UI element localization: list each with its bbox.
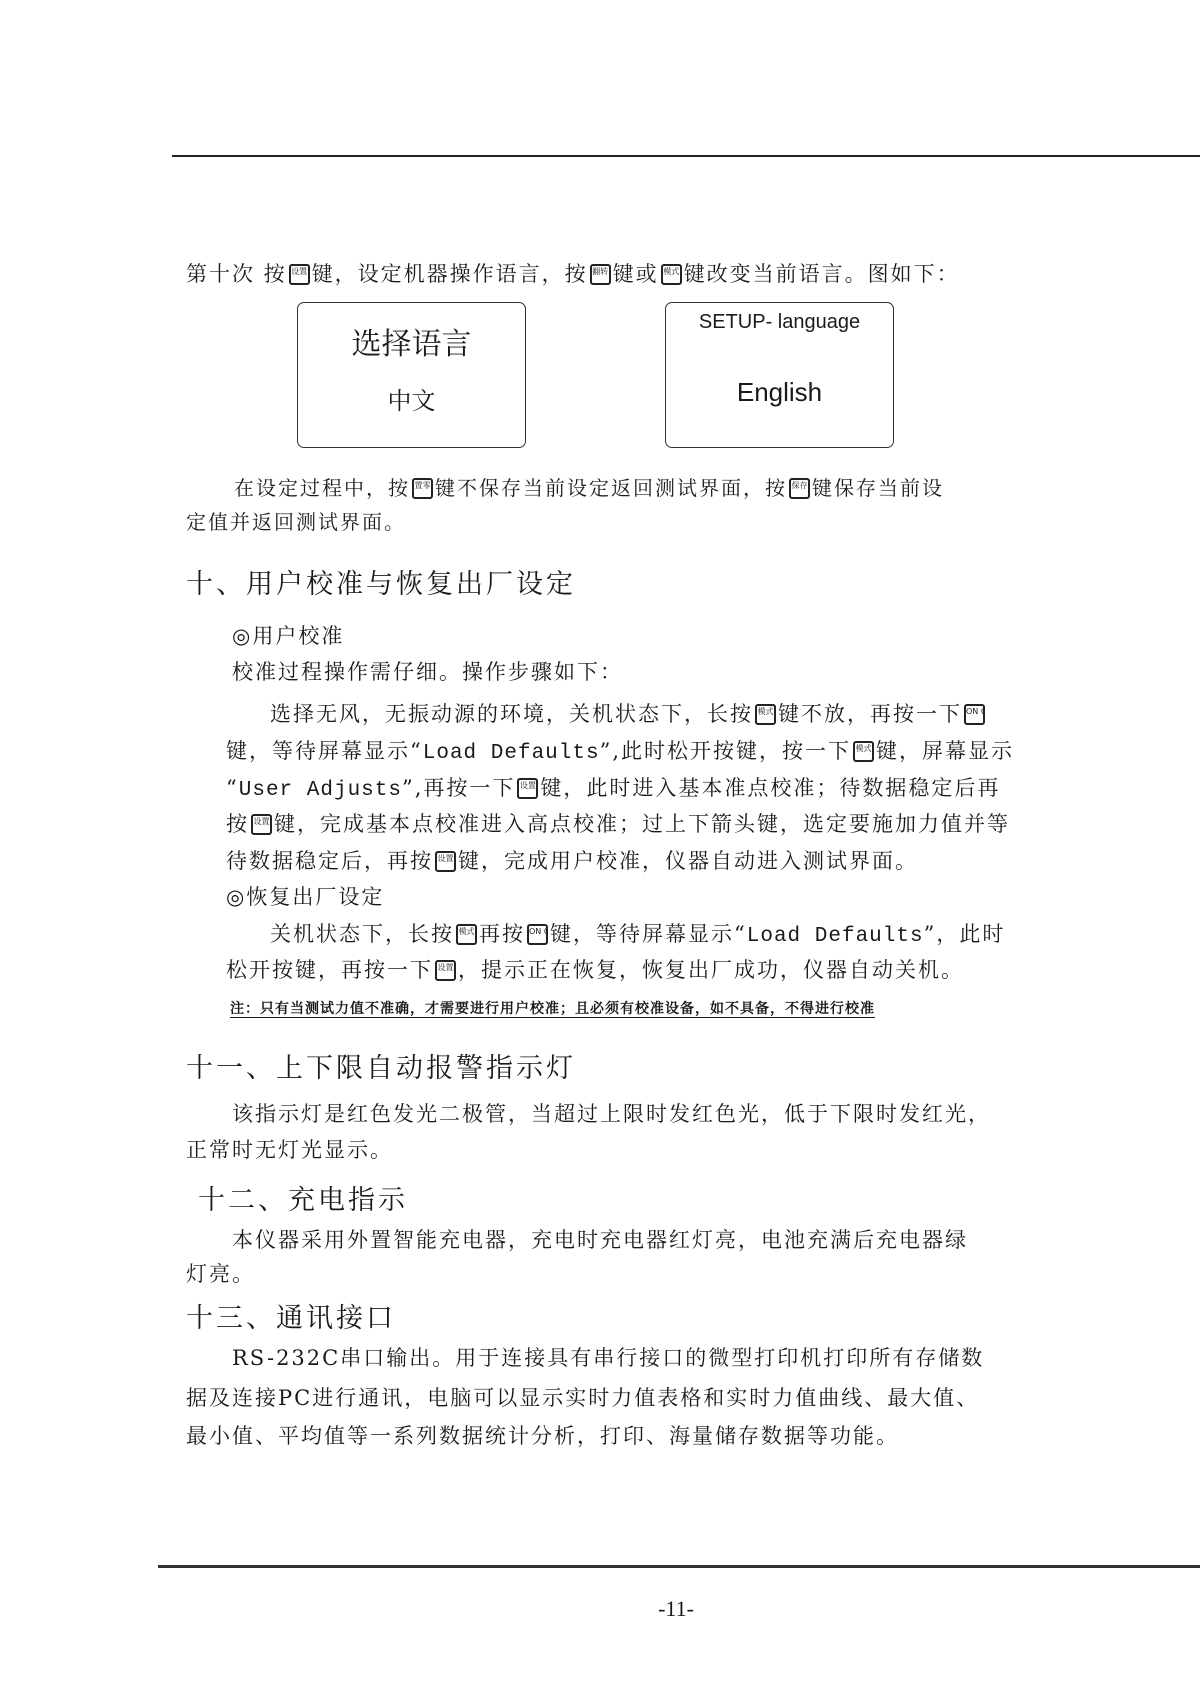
page-number: -11-	[0, 1596, 1200, 1622]
step-text: ”，此时	[924, 922, 1006, 946]
set-key-icon: 设置	[435, 851, 456, 872]
section-13-text-2: 据及连接PC进行通讯，电脑可以显示实时力值表格和实时力值曲线、最大值、	[186, 1382, 979, 1412]
screen-title: SETUP- language	[666, 311, 893, 334]
set-key-icon: 设置	[251, 814, 272, 835]
mode-key-icon: 模式	[755, 704, 776, 725]
calibration-warning-note: 注：只有当测试力值不准确，才需要进行用户校准；且必须有校准设备，如不具备，不得进…	[230, 998, 875, 1018]
step-text: ”,再按一下	[402, 776, 515, 800]
step-text: 键，等待屏幕显示“	[550, 922, 747, 946]
setting-note-line1: 在设定过程中，按置零键不保存当前设定返回测试界面，按保存键保存当前设	[234, 472, 944, 501]
section-13-text-1: RS-232C串口输出。用于连接具有串行接口的微型打印机打印所有存储数	[232, 1342, 984, 1372]
section-13-text-3: 最小值、平均值等一系列数据统计分析，打印、海量储存数据等功能。	[186, 1420, 899, 1450]
step-text: 键，完成用户校准，仪器自动进入测试界面。	[458, 849, 918, 873]
step-text: 按	[226, 812, 249, 836]
user-cal-step-1: 选择无风，无振动源的环境，关机状态下，长按模式键不放，再按一下ON OFF	[270, 698, 987, 728]
section-11-heading: 十一、上下限自动报警指示灯	[186, 1046, 576, 1085]
intro-text: 第十次 按	[186, 262, 287, 286]
screen-message: Load Defaults	[747, 925, 924, 948]
note-text: 键保存当前设	[812, 476, 944, 500]
screen-message: User Adjusts	[239, 779, 402, 802]
mode-key-icon: 模式	[456, 924, 477, 945]
step-text: 键，屏幕显示	[876, 739, 1014, 763]
factory-reset-step-1: 关机状态下，长按模式再按ON OFF键，等待屏幕显示“Load Defaults…	[270, 918, 1005, 948]
screen-message: Load Defaults	[423, 742, 600, 765]
section-11-text-1: 该指示灯是红色发光二极管，当超过上限时发红色光，低于下限时发红光，	[232, 1098, 991, 1128]
setting-note-line2: 定值并返回测试界面。	[186, 506, 406, 535]
factory-reset-label: ◎恢复出厂设定	[226, 881, 384, 911]
flip-key-icon: 翻转	[590, 264, 611, 285]
set-key-icon: 设置	[289, 264, 310, 285]
screen-value: 中文	[298, 381, 525, 416]
step-text: 键，等待屏幕显示“	[226, 739, 423, 763]
step-text: 关机状态下，长按	[270, 922, 454, 946]
section-10-heading: 十、用户校准与恢复出厂设定	[186, 562, 576, 601]
section-12-text-1: 本仪器采用外置智能充电器，充电时充电器红灯亮，电池充满后充电器绿	[232, 1224, 968, 1254]
step-text: 键，此时进入基本准点校准；待数据稳定后再	[540, 776, 1000, 800]
intro-line: 第十次 按设置键，设定机器操作语言，按翻转键或模式键改变当前语言。图如下：	[186, 258, 960, 288]
user-cal-intro: 校准过程操作需仔细。操作步骤如下：	[232, 656, 623, 686]
factory-reset-step-2: 松开按键，再按一下设置，提示正在恢复，恢复出厂成功，仪器自动关机。	[226, 954, 964, 984]
set-key-icon: 设置	[435, 960, 456, 981]
note-text: 在设定过程中，按	[234, 476, 410, 500]
user-cal-step-5: 待数据稳定后，再按设置键，完成用户校准，仪器自动进入测试界面。	[226, 845, 918, 875]
screen-english: SETUP- language English	[665, 302, 894, 448]
section-12-text-2: 灯亮。	[186, 1258, 255, 1288]
step-text: 再按	[479, 922, 525, 946]
intro-text: 键改变当前语言。图如下：	[684, 262, 960, 286]
zero-key-icon: 置零	[412, 478, 433, 499]
note-text: 键不保存当前设定返回测试界面，按	[435, 476, 787, 500]
mode-key-icon: 模式	[661, 264, 682, 285]
section-13-heading: 十三、通讯接口	[186, 1296, 396, 1335]
screen-value: English	[666, 377, 893, 408]
intro-text: 键，设定机器操作语言，按	[312, 262, 588, 286]
screen-chinese: 选择语言 中文	[297, 302, 526, 448]
user-cal-step-2: 键，等待屏幕显示“Load Defaults”,此时松开按键，按一下模式键，屏幕…	[226, 735, 1014, 765]
step-text: “	[226, 776, 239, 800]
step-text: 选择无风，无振动源的环境，关机状态下，长按	[270, 702, 753, 726]
header-rule	[172, 155, 1200, 157]
section-12-heading: 十二、充电指示	[198, 1178, 408, 1217]
screen-title: 选择语言	[298, 319, 525, 363]
mode-key-icon: 模式	[853, 741, 874, 762]
footer-rule	[158, 1565, 1200, 1568]
user-cal-step-3: “User Adjusts”,再按一下设置键，此时进入基本准点校准；待数据稳定后…	[226, 772, 1000, 802]
user-cal-step-4: 按设置键，完成基本点校准进入高点校准；过上下箭头键，选定要施加力值并等	[226, 808, 1010, 838]
user-cal-label: ◎用户校准	[232, 620, 344, 650]
step-text: 键不放，再按一下	[778, 702, 962, 726]
set-key-icon: 设置	[517, 778, 538, 799]
step-text: 键，完成基本点校准进入高点校准；过上下箭头键，选定要施加力值并等	[274, 812, 1010, 836]
step-text: 松开按键，再按一下	[226, 958, 433, 982]
onoff-key-icon: ON OFF	[527, 924, 548, 945]
onoff-key-icon: ON OFF	[964, 704, 985, 725]
step-text: ”,此时松开按键，按一下	[600, 739, 851, 763]
step-text: ，提示正在恢复，恢复出厂成功，仪器自动关机。	[458, 958, 964, 982]
intro-text: 键或	[613, 262, 659, 286]
step-text: 待数据稳定后，再按	[226, 849, 433, 873]
save-key-icon: 保存	[789, 478, 810, 499]
section-11-text-2: 正常时无灯光显示。	[186, 1134, 393, 1164]
